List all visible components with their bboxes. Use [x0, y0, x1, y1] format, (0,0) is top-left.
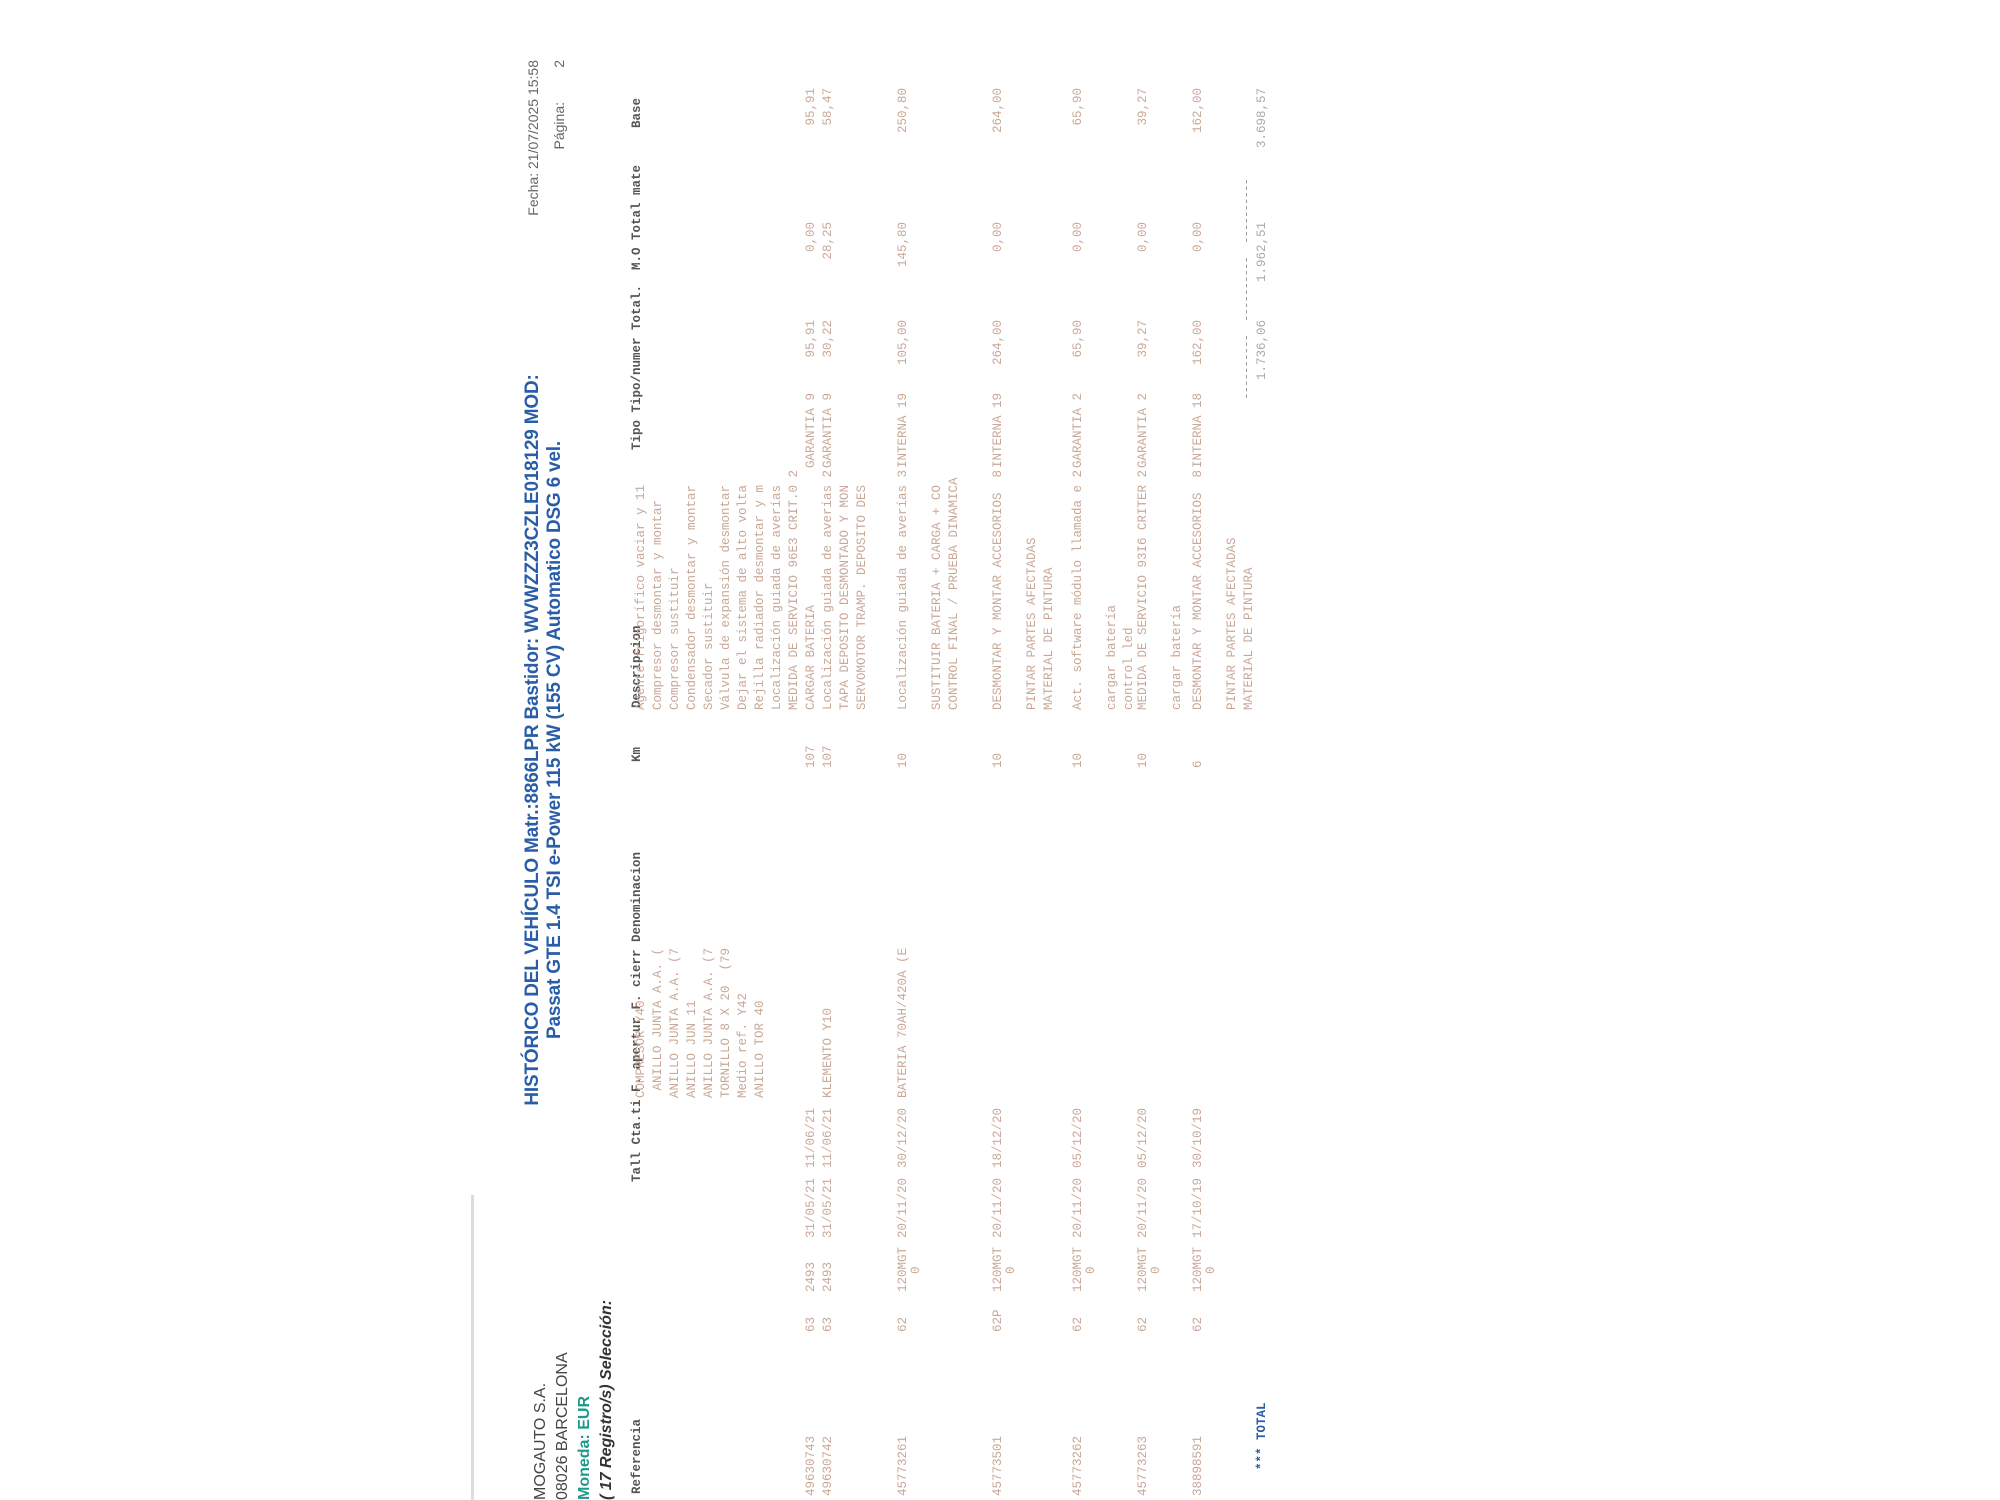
record-km: 10: [990, 753, 1007, 768]
record-descripcion-line: cargar batería: [1169, 605, 1186, 710]
col-referencia: Referencia: [630, 1419, 644, 1494]
record-descripcion-line: SUSTITUIR BATERIA + CARGA + CO: [929, 485, 946, 710]
page-number: 2: [546, 60, 572, 102]
record-total-mo: 30,22: [820, 320, 837, 400]
record-denominacion-line: ANILLO JUN 11: [684, 1000, 701, 1098]
record-denominacion-line: BATERIA 70AH/420A (E: [895, 948, 912, 1098]
record-denominacion-line: TORNILLO 8 X 20 (79: [718, 948, 735, 1098]
record-total-materials: 28,25: [820, 222, 837, 302]
record-total-mo: 105,00: [895, 320, 912, 400]
record-fecha-cierre: 05/12/20: [1135, 1108, 1152, 1168]
record-referencia: 45773261: [895, 1436, 912, 1496]
record-base: 250,80: [895, 88, 912, 168]
record-fecha-cierre: 11/06/21: [803, 1108, 820, 1168]
record-denominacion-line: COMPRESOR Y40: [633, 1000, 650, 1098]
record-tipo: INTERNA 18: [1190, 393, 1207, 468]
record-referencia: 38898591: [1190, 1436, 1207, 1496]
record-fecha-apertura: 20/11/20: [990, 1178, 1007, 1238]
total-label: *** TOTAL: [1255, 1402, 1269, 1470]
record-km: 107: [820, 745, 837, 768]
record-descripcion-line: CONTROL FINAL / PRUEBA DINAMICA: [946, 477, 963, 710]
record-cta-suffix: 0: [1083, 1266, 1100, 1274]
record-total-mo: 95,91: [803, 320, 820, 400]
record-base: 264,00: [990, 88, 1007, 168]
record-descripcion-line: Secador sustituir: [701, 582, 718, 710]
record-descripcion-line: Compresor sustituir: [667, 567, 684, 710]
company-city: 08026 BARCELONA: [552, 1300, 574, 1500]
record-fecha-apertura: 20/11/20: [1135, 1178, 1152, 1238]
record-km: 10: [1070, 753, 1087, 768]
record-fecha-apertura: 17/10/19: [1190, 1178, 1207, 1238]
page-label: Página:: [551, 102, 567, 149]
company-name: MOGAUTO S.A.: [530, 1300, 552, 1500]
record-km: 107: [803, 745, 820, 768]
record-denominacion-line: Medio ref. Y42: [735, 993, 752, 1098]
record-descripcion-line: TAPA DEPOSITO DESMONTADO Y MON: [837, 485, 854, 710]
record-cta-suffix: 0: [1003, 1266, 1020, 1274]
record-tipo: GARANTIA 2: [1070, 393, 1087, 468]
report-date: Fecha: 21/07/2025 15:58: [520, 60, 546, 216]
currency-label: Moneda: EUR: [574, 1300, 596, 1500]
record-base: 58,47: [820, 88, 837, 168]
record-descripcion-line: Agente frigorífico vaciar y 11: [633, 485, 650, 710]
record-taller: 62: [1190, 1317, 1207, 1332]
record-taller: 62: [895, 1317, 912, 1332]
record-fecha-cierre: 30/10/19: [1190, 1108, 1207, 1168]
report-date-block: Fecha: 21/07/2025 15:58 Página:2: [520, 60, 572, 216]
col-tipo-totals: Tipo Tipo/numer Total. M.O Total mate: [630, 165, 644, 450]
selection-count: ( 17 Registro/s) Selección:: [596, 1300, 618, 1500]
record-fecha-cierre: 11/06/21: [820, 1108, 837, 1168]
vehicle-history-report-page: MOGAUTO S.A. 08026 BARCELONA Moneda: EUR…: [470, 50, 1290, 1500]
record-descripcion-line: Dejar el sistema de alto volta: [735, 485, 752, 710]
company-header: MOGAUTO S.A. 08026 BARCELONA Moneda: EUR…: [530, 1300, 618, 1500]
record-referencia: 45773263: [1135, 1436, 1152, 1496]
total-base: 3.698,57: [1255, 88, 1269, 168]
record-referencia: 45773262: [1070, 1436, 1087, 1496]
record-descripcion-line: MATERIAL DE PINTURA: [1041, 567, 1058, 710]
record-total-materials: 0,00: [990, 222, 1007, 302]
record-descripcion-line: Localización guiada de averías 2: [820, 470, 837, 710]
record-cta: 2493: [820, 1262, 837, 1292]
record-km: 6: [1190, 760, 1207, 768]
record-total-mo: 264,00: [990, 320, 1007, 400]
record-descripcion-line: PINTAR PARTES AFECTADAS: [1224, 537, 1241, 710]
record-fecha-apertura: 31/05/21: [803, 1178, 820, 1238]
table-header: Referencia Tall Cta.ti F. apertur F. cie…: [630, 1470, 742, 1500]
record-cta-suffix: 0: [1203, 1266, 1220, 1274]
record-taller: 62P: [990, 1309, 1007, 1332]
record-taller: 62: [1070, 1317, 1087, 1332]
record-descripcion-line: MEDIDA DE SERVICIO 96E3 CRIT.0 2: [786, 470, 803, 710]
record-descripcion-line: Act. software módulo llamada e 2: [1070, 470, 1087, 710]
record-denominacion-line: ANILLO TOR 40: [752, 1000, 769, 1098]
record-km: 10: [895, 753, 912, 768]
record-descripcion-line: Localización guiada de averías: [769, 485, 786, 710]
record-referencia: 49630742: [820, 1436, 837, 1496]
record-total-mo: 162,00: [1190, 320, 1207, 400]
record-tipo: INTERNA 19: [895, 393, 912, 468]
record-denominacion-line: KLEMENTO Y10: [820, 1008, 837, 1098]
record-fecha-cierre: 05/12/20: [1070, 1108, 1087, 1168]
record-total-materials: 0,00: [1135, 222, 1152, 302]
record-cta-suffix: 0: [908, 1266, 925, 1274]
record-descripcion-line: Válvula de expansión desmontar: [718, 485, 735, 710]
record-descripcion-line: SERVOMOTOR TRAMP. DEPOSITO DES: [854, 485, 871, 710]
record-base: 95,91: [803, 88, 820, 168]
col-base: Base: [630, 98, 644, 128]
record-base: 39,27: [1135, 88, 1152, 168]
record-descripcion-line: Rejilla radiador desmontar y m: [752, 485, 769, 710]
record-taller: 63: [803, 1317, 820, 1332]
record-total-materials: 0,00: [803, 222, 820, 302]
total-mo: 1.736,06: [1255, 320, 1269, 400]
record-descripcion-line: CARGAR BATERIA: [803, 605, 820, 710]
record-base: 65,90: [1070, 88, 1087, 168]
record-km: 10: [1135, 753, 1152, 768]
record-descripcion-line: DESMONTAR Y MONTAR ACCESORIOS 8: [1190, 470, 1207, 710]
totals-separator: ---------- ---------- ----------: [1240, 179, 1254, 400]
record-descripcion-line: Condensador desmontar y montar: [684, 485, 701, 710]
record-descripcion-line: MEDIDA DE SERVICIO 93I6 CRITER 2: [1135, 470, 1152, 710]
record-fecha-cierre: 30/12/20: [895, 1108, 912, 1168]
record-denominacion-line: ANILLO JUNTA A.A. (7: [667, 948, 684, 1098]
record-fecha-apertura: 31/05/21: [820, 1178, 837, 1238]
record-fecha-apertura: 20/11/20: [895, 1178, 912, 1238]
record-total-materials: 0,00: [1070, 222, 1087, 302]
record-total-materials: 0,00: [1190, 222, 1207, 302]
record-fecha-cierre: 18/12/20: [990, 1108, 1007, 1168]
record-total-materials: 145,80: [895, 222, 912, 302]
record-tipo: GARANTIA 9: [820, 393, 837, 468]
record-base: 162,00: [1190, 88, 1207, 168]
record-descripcion-line: Compresor desmontar y montar: [650, 500, 667, 710]
record-taller: 63: [820, 1317, 837, 1332]
total-materials: 1.962,51: [1255, 222, 1269, 302]
record-denominacion-line: ANILLO JUNTA A.A. (7: [701, 948, 718, 1098]
record-referencia: 49630743: [803, 1436, 820, 1496]
record-total-mo: 65,90: [1070, 320, 1087, 400]
report-title-line2: Passat GTE 1.4 TSI e-Power 115 kW (155 C…: [544, 360, 566, 1120]
record-descripcion-line: MATERIAL DE PINTURA: [1241, 567, 1258, 710]
record-descripcion-line: PINTAR PARTES AFECTADAS: [1024, 537, 1041, 710]
record-descripcion-line: Localización guiada de averías 3: [895, 470, 912, 710]
col-km: Km: [630, 747, 644, 762]
record-descripcion-line: DESMONTAR Y MONTAR ACCESORIOS 8: [990, 470, 1007, 710]
record-referencia: 45773501: [990, 1436, 1007, 1496]
record-denominacion-line: ANILLO JUNTA A.A. (: [650, 948, 667, 1098]
record-fecha-apertura: 20/11/20: [1070, 1178, 1087, 1238]
record-tipo: GARANTIA 2: [1135, 393, 1152, 468]
record-total-mo: 39,27: [1135, 320, 1152, 400]
report-title: HISTÓRICO DEL VEHÍCULO Matr.:8866LPR Bas…: [522, 360, 566, 1120]
record-taller: 62: [1135, 1317, 1152, 1332]
record-cta-suffix: 0: [1148, 1266, 1165, 1274]
report-title-line1: HISTÓRICO DEL VEHÍCULO Matr.:8866LPR Bas…: [522, 360, 544, 1120]
record-tipo: INTERNA 19: [990, 393, 1007, 468]
record-tipo: GARANTIA 9: [803, 393, 820, 468]
record-descripcion-line: cargar batería: [1104, 605, 1121, 710]
record-cta: 2493: [803, 1262, 820, 1292]
